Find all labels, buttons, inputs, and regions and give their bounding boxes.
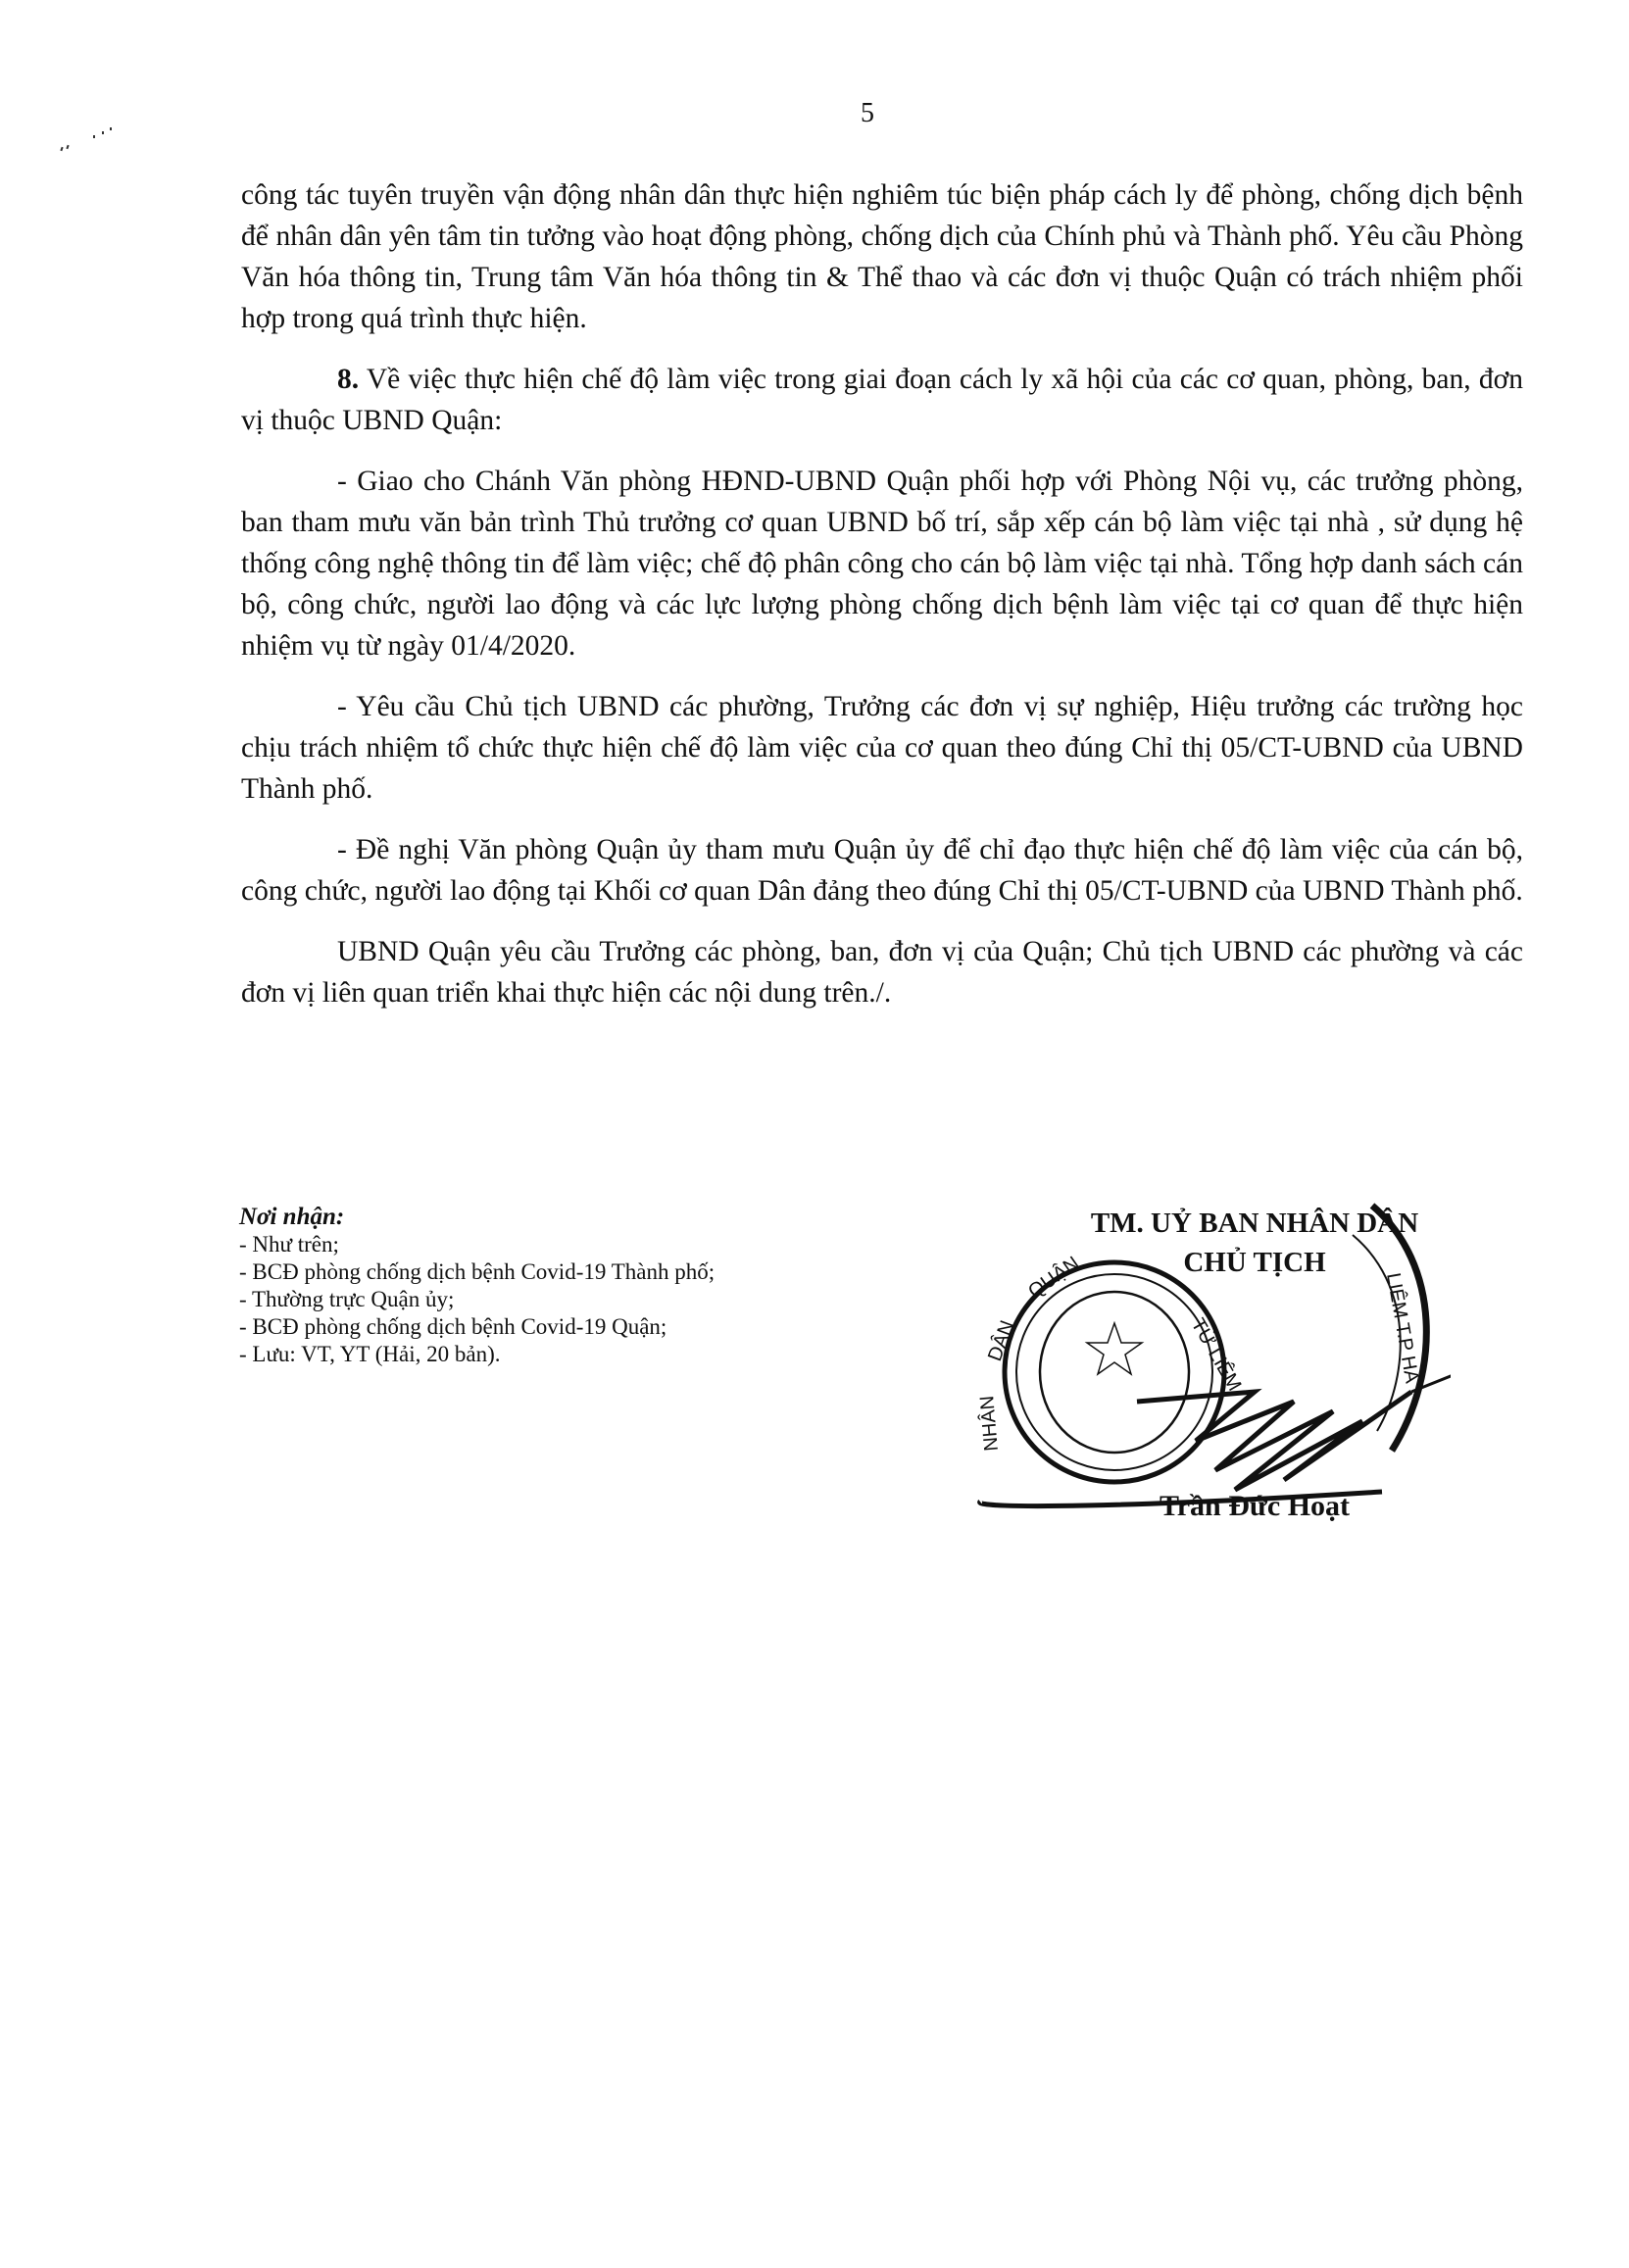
paragraph-continuation: công tác tuyên truyền vận động nhân dân … bbox=[241, 174, 1523, 339]
page-number: 5 bbox=[861, 98, 874, 129]
paragraph-item-party-office: - Đề nghị Văn phòng Quận ủy tham mưu Quậ… bbox=[241, 829, 1523, 912]
paragraph-item-office: - Giao cho Chánh Văn phòng HĐND-UBND Quậ… bbox=[241, 461, 1523, 666]
paragraph-closing: UBND Quận yêu cầu Trưởng các phòng, ban,… bbox=[241, 931, 1523, 1013]
section-number: 8. bbox=[337, 364, 359, 395]
paragraph-text: - Yêu cầu Chủ tịch UBND các phường, Trưở… bbox=[241, 691, 1523, 805]
official-stamp-icon: QUẬN DÂN NHÂN TỪ LIÊM LIÊM T.P HÀ bbox=[941, 1078, 1451, 1539]
recipient-item: - Thường trực Quận ủy; bbox=[239, 1286, 715, 1313]
signature-role: CHỦ TỊCH bbox=[1029, 1243, 1480, 1282]
paragraph-section-8: 8. Về việc thực hiện chế độ làm việc tro… bbox=[241, 359, 1523, 441]
signer-name: Trần Đức Hoạt bbox=[1029, 1490, 1480, 1523]
recipients-block: Nơi nhận: - Như trên; - BCĐ phòng chống … bbox=[239, 1204, 715, 1368]
scan-artifact bbox=[66, 145, 69, 149]
paragraph-text: Về việc thực hiện chế độ làm việc trong … bbox=[241, 364, 1523, 436]
recipients-title: Nơi nhận: bbox=[239, 1204, 715, 1231]
scan-artifact bbox=[110, 127, 112, 130]
scan-artifact bbox=[93, 135, 95, 138]
scan-artifact bbox=[102, 131, 104, 134]
recipient-item: - BCĐ phòng chống dịch bệnh Covid-19 Quậ… bbox=[239, 1313, 715, 1341]
svg-text:DÂN: DÂN bbox=[983, 1317, 1018, 1364]
signature-org-line: TM. UỶ BAN NHÂN DÂN bbox=[1029, 1204, 1480, 1243]
signature-block: TM. UỶ BAN NHÂN DÂN CHỦ TỊCH bbox=[1029, 1204, 1480, 1282]
recipient-item: - Lưu: VT, YT (Hải, 20 bản). bbox=[239, 1341, 715, 1368]
scan-artifact bbox=[60, 147, 63, 151]
paragraph-text: - Giao cho Chánh Văn phòng HĐND-UBND Quậ… bbox=[241, 466, 1523, 662]
paragraph-item-wards: - Yêu cầu Chủ tịch UBND các phường, Trưở… bbox=[241, 686, 1523, 810]
recipient-item: - BCĐ phòng chống dịch bệnh Covid-19 Thà… bbox=[239, 1258, 715, 1286]
document-body: công tác tuyên truyền vận động nhân dân … bbox=[241, 174, 1523, 1013]
paragraph-text: - Đề nghị Văn phòng Quận ủy tham mưu Quậ… bbox=[241, 834, 1523, 907]
svg-text:LIÊM T.P HÀ: LIÊM T.P HÀ bbox=[1382, 1271, 1424, 1386]
recipient-item: - Như trên; bbox=[239, 1231, 715, 1258]
paragraph-text: UBND Quận yêu cầu Trưởng các phòng, ban,… bbox=[241, 936, 1523, 1009]
svg-text:NHÂN: NHÂN bbox=[975, 1395, 1003, 1452]
paragraph-text: công tác tuyên truyền vận động nhân dân … bbox=[241, 179, 1523, 334]
